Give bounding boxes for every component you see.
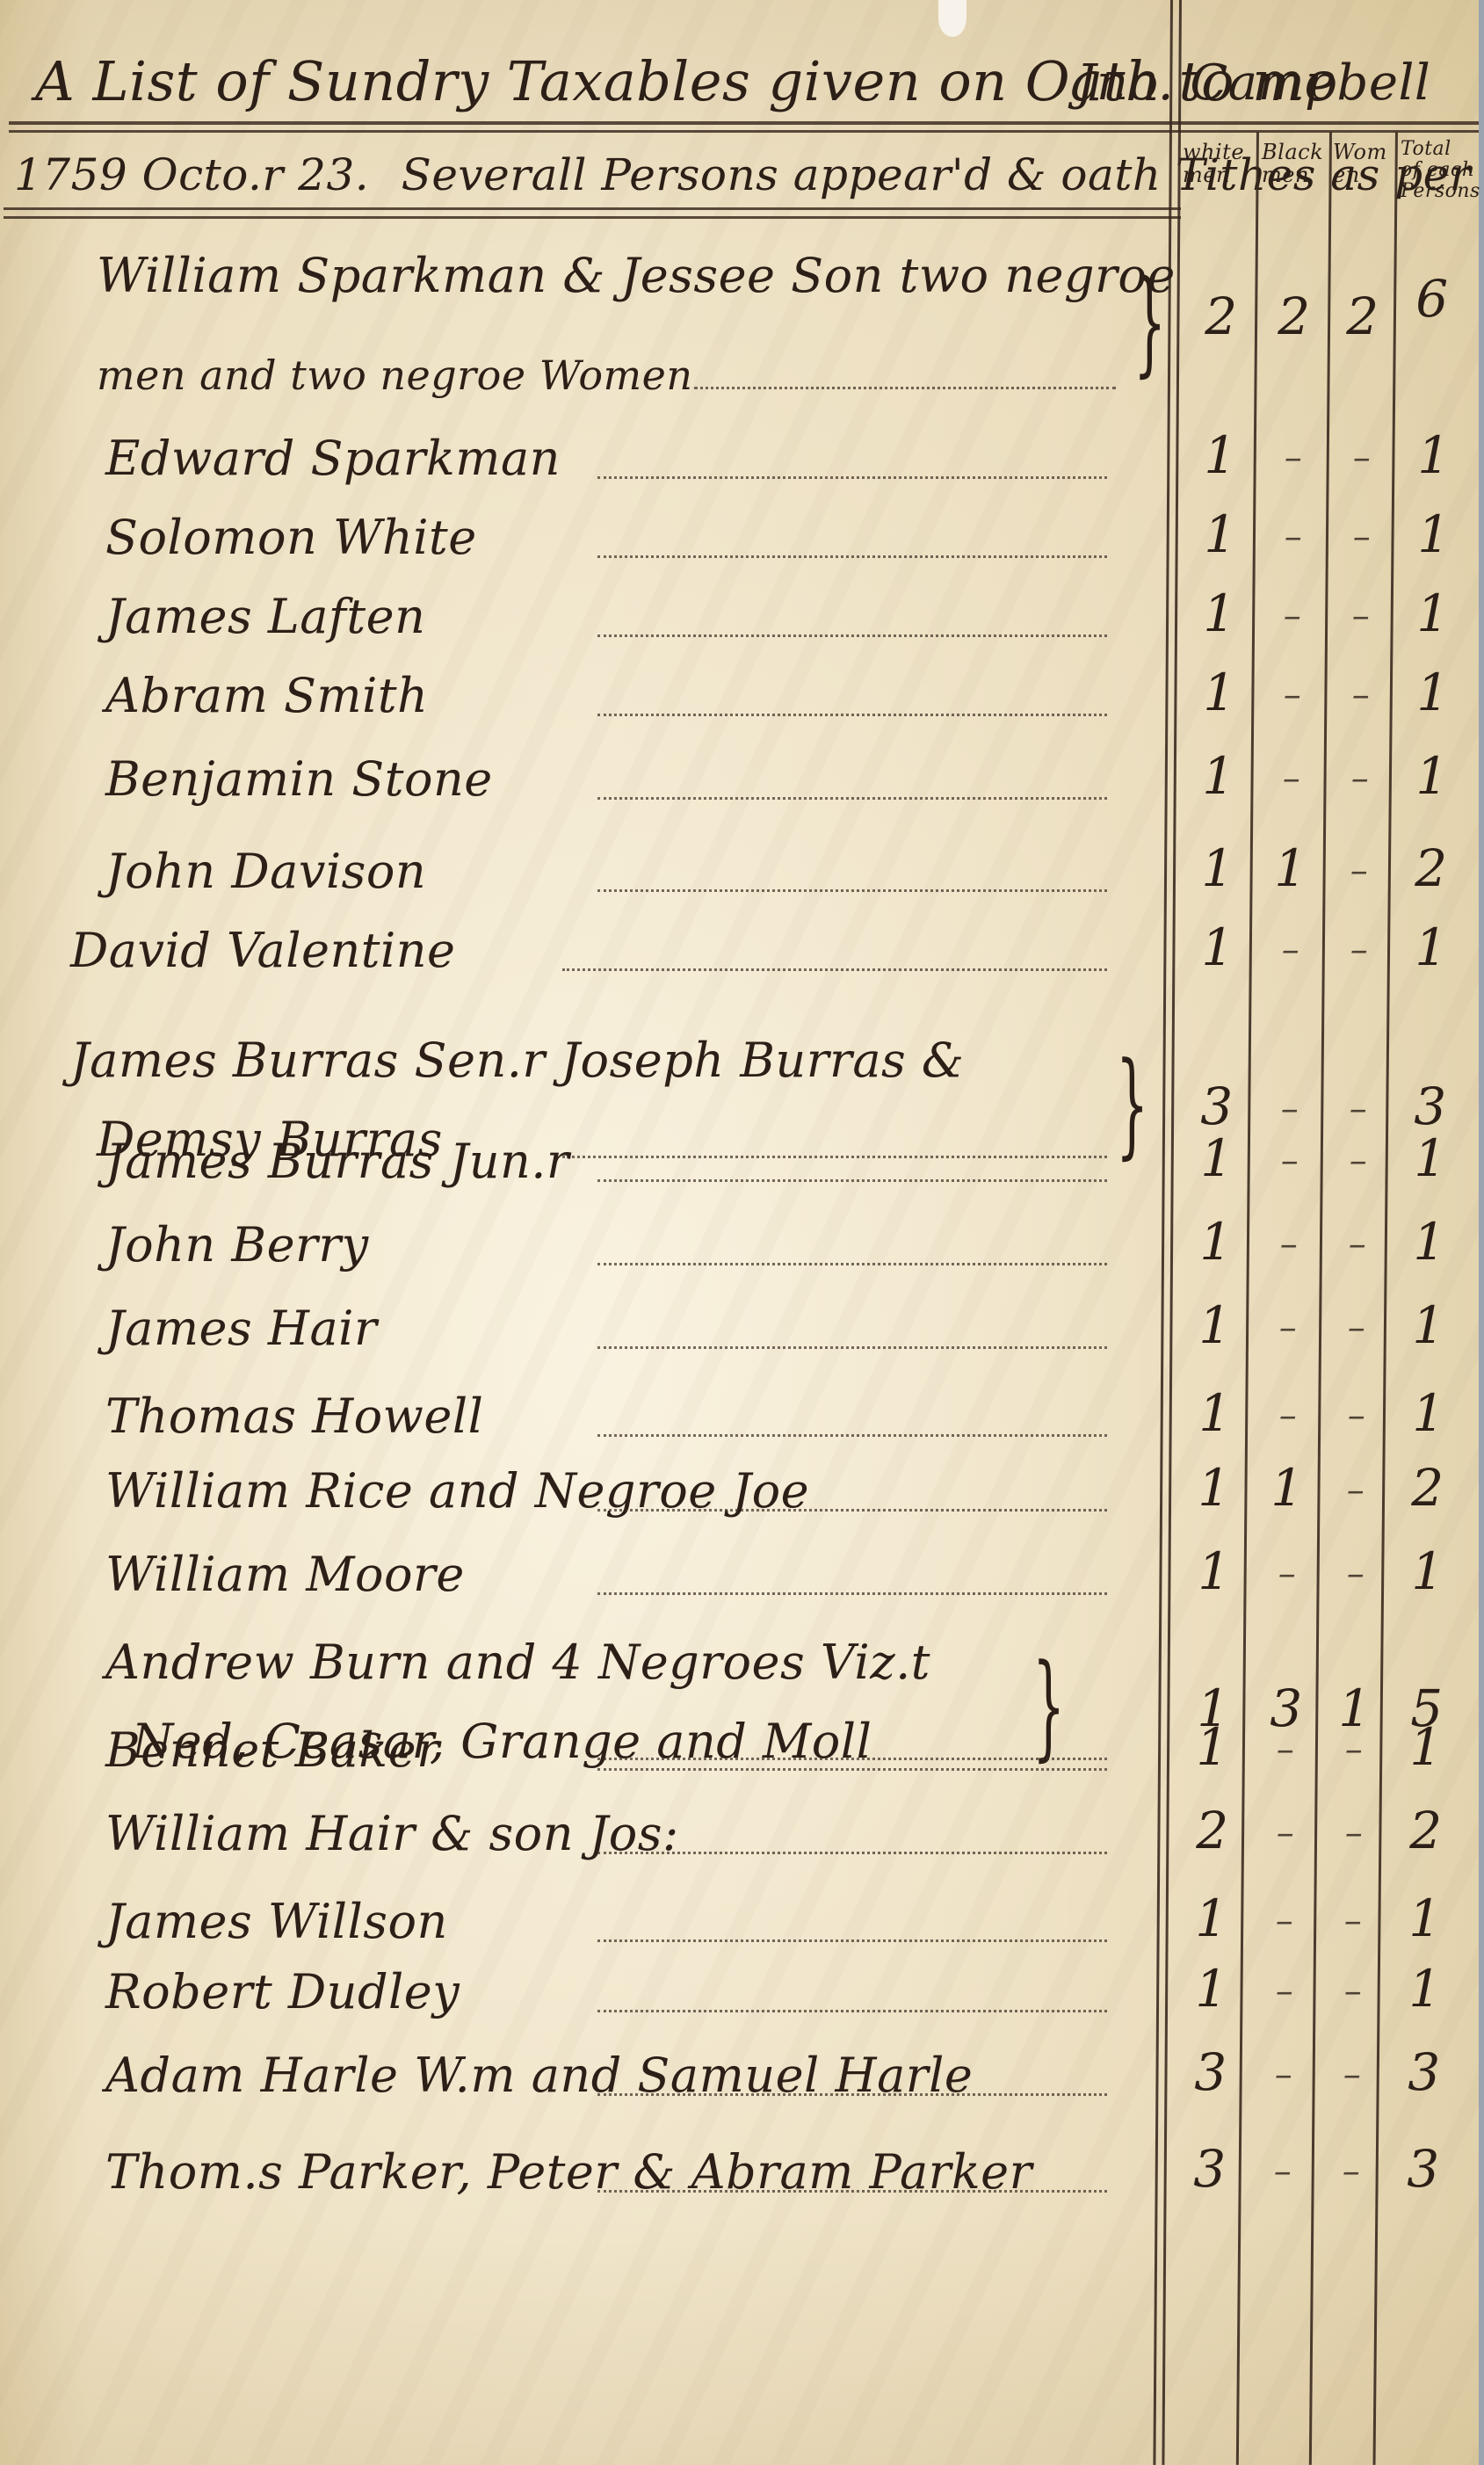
entry-name: Robert Dudley: [105, 1964, 460, 2019]
cell-women: 2: [1332, 286, 1394, 346]
cell-total: 1: [1399, 1212, 1460, 1272]
leader-line: [694, 387, 1116, 389]
cell-total: 1: [1398, 1383, 1459, 1443]
cell-women: –: [1328, 851, 1390, 891]
cell-total: 1: [1401, 917, 1462, 977]
column-header-line: men: [1262, 163, 1323, 186]
cell-women: –: [1328, 1141, 1389, 1181]
column-header-line: white: [1183, 141, 1244, 163]
entry-name: Solomon White: [105, 510, 477, 565]
cell-total: 1: [1398, 1295, 1459, 1355]
entry-name: James Burras Sen.r Joseph Burras &: [70, 1033, 964, 1088]
cell-white-men: 1: [1189, 663, 1250, 722]
bracket: }: [1032, 1639, 1065, 1773]
column-header-line: Persons: [1401, 181, 1480, 202]
cell-women: –: [1331, 438, 1393, 478]
cell-total: 2: [1397, 1458, 1459, 1518]
leader-line: [562, 968, 1107, 971]
entry-name: Bennet Baker: [105, 1722, 439, 1778]
cell-total: 1: [1401, 746, 1463, 806]
header-rule-top: [9, 121, 1479, 125]
leader-line: [597, 1939, 1107, 1942]
leader-line: [597, 1768, 1107, 1771]
cell-women: –: [1327, 1224, 1388, 1265]
entry-name-continued: men and two negroe Women: [97, 352, 693, 399]
entry-name: William Moore: [105, 1547, 465, 1602]
leader-line: [597, 555, 1107, 558]
entry-name: James Hair: [105, 1301, 377, 1356]
cell-women: –: [1323, 1813, 1385, 1853]
leader-line: [597, 634, 1107, 637]
entry-name: John Berry: [105, 1217, 369, 1272]
cell-white-men: 1: [1185, 1212, 1247, 1272]
entry-name: John Davison: [105, 844, 426, 899]
cell-black-men: –: [1263, 438, 1324, 478]
column-header-line: Wom: [1333, 141, 1387, 163]
cell-black-men: –: [1259, 1141, 1321, 1181]
bracket: }: [1133, 255, 1166, 388]
cell-women: –: [1330, 596, 1392, 636]
leader-line: [597, 2010, 1107, 2012]
cell-total: 1: [1400, 1128, 1461, 1188]
cell-black-men: –: [1254, 1901, 1315, 1941]
leader-line: [597, 2190, 1107, 2193]
entry-name: David Valentine: [70, 923, 455, 978]
cell-women: –: [1328, 1089, 1389, 1129]
cell-women: –: [1325, 1554, 1386, 1594]
cell-black-men: –: [1262, 675, 1323, 715]
cell-white-men: 1: [1184, 1295, 1246, 1355]
cell-white-men: 1: [1184, 1383, 1246, 1443]
leader-line: [597, 1852, 1107, 1854]
cell-black-men: –: [1260, 930, 1321, 970]
cell-white-men: 2: [1191, 286, 1252, 346]
cell-white-men: 1: [1190, 425, 1251, 485]
leader-line: [597, 1179, 1107, 1182]
leader-line: [597, 1263, 1107, 1265]
cell-white-men: 3: [1180, 2042, 1241, 2102]
cell-white-men: 3: [1179, 2139, 1241, 2199]
column-header-line: of each: [1401, 160, 1480, 181]
cell-black-men: –: [1254, 1971, 1315, 2012]
cell-white-men: 1: [1190, 504, 1251, 564]
cell-total: 2: [1401, 838, 1462, 898]
cell-white-men: 1: [1187, 917, 1249, 977]
leader-line: [597, 1758, 1107, 1760]
column-header-total: Total of each Persons: [1401, 139, 1480, 202]
column-header-line: Black: [1262, 141, 1323, 163]
cell-white-men: 1: [1186, 1128, 1248, 1188]
column-header-women: Wom en: [1333, 141, 1387, 186]
cell-white-men: 1: [1182, 1717, 1243, 1777]
leader-line: [597, 1346, 1107, 1349]
cell-white-men: 1: [1187, 838, 1249, 898]
leader-line: [562, 1156, 1107, 1158]
cell-total: 1: [1402, 584, 1464, 643]
signature: Jno. Campbell: [1076, 54, 1430, 112]
cell-white-men: 1: [1188, 746, 1249, 806]
entry-name: James Burras Jun.r: [105, 1134, 569, 1189]
cell-total: 3: [1400, 1077, 1461, 1136]
intro-rule-bottom: [4, 216, 1181, 219]
column-header-white-men: white men: [1183, 141, 1244, 186]
cell-white-men: 3: [1186, 1077, 1248, 1136]
leader-line: [597, 2093, 1107, 2096]
cell-women: –: [1322, 1971, 1384, 2012]
cell-black-men: –: [1262, 596, 1323, 636]
cell-black-men: 1: [1256, 1458, 1318, 1518]
entry-name: William Hair & son Jos:: [105, 1806, 679, 1861]
cell-total: 1: [1395, 1717, 1457, 1777]
cell-black-men: –: [1255, 1813, 1316, 1853]
leader-line: [597, 1434, 1107, 1437]
intro-rule-top: [4, 207, 1181, 210]
entry-name: Benjamin Stone: [105, 751, 493, 807]
cell-women: –: [1330, 675, 1392, 715]
leader-line: [597, 714, 1107, 716]
cell-black-men: –: [1257, 1308, 1319, 1348]
cell-total: 3: [1393, 2139, 1454, 2199]
cell-black-men: –: [1252, 2151, 1314, 2192]
column-header-black-men: Black men: [1262, 141, 1323, 186]
column-header-line: men: [1183, 163, 1244, 186]
bracket: }: [1116, 1037, 1148, 1171]
cell-white-men: 1: [1181, 1959, 1242, 2019]
cell-black-men: 2: [1263, 286, 1325, 346]
cell-black-men: –: [1263, 517, 1324, 557]
cell-black-men: –: [1255, 1729, 1316, 1770]
cell-women: –: [1325, 1470, 1386, 1511]
cell-women: –: [1326, 1396, 1387, 1436]
entry-name: James Willson: [105, 1894, 448, 1949]
entry-name: James Laften: [105, 589, 425, 644]
entry-name: Edward Sparkman: [105, 431, 561, 486]
cell-total: 1: [1394, 1889, 1456, 1948]
cell-black-men: –: [1257, 1396, 1319, 1436]
cell-total: 6: [1401, 269, 1463, 329]
cell-black-men: 1: [1260, 838, 1321, 898]
paper-tear: [938, 0, 966, 37]
column-header-line: Total: [1401, 139, 1480, 160]
cell-total: 3: [1394, 2042, 1455, 2102]
cell-women: –: [1323, 1729, 1385, 1770]
cell-total: 1: [1402, 663, 1464, 722]
page-edge: [1479, 0, 1484, 2465]
cell-white-men: 1: [1184, 1458, 1245, 1518]
cell-women: –: [1329, 758, 1391, 799]
leader-line: [597, 476, 1107, 479]
entry-name: Thomas Howell: [105, 1388, 483, 1444]
cell-total: 1: [1397, 1541, 1459, 1601]
entry-name: Abram Smith: [105, 668, 428, 723]
cell-black-men: –: [1253, 2055, 1314, 2095]
cell-total: 1: [1394, 1959, 1456, 2019]
leader-line: [597, 1509, 1107, 1512]
leader-line: [597, 1592, 1107, 1595]
cell-black-men: –: [1258, 1224, 1320, 1265]
leader-line: [597, 797, 1107, 800]
cell-black-men: –: [1261, 758, 1322, 799]
entry-name: William Sparkman & Jessee Son two negroe: [97, 248, 1176, 303]
cell-women: –: [1322, 1901, 1384, 1941]
cell-women: –: [1328, 930, 1390, 970]
cell-white-men: 1: [1184, 1541, 1245, 1601]
date: 1759 Octo.r 23.: [14, 149, 369, 200]
cell-total: 1: [1403, 425, 1465, 485]
cell-black-men: –: [1259, 1089, 1321, 1129]
cell-women: –: [1321, 2055, 1383, 2095]
cell-women: –: [1321, 2151, 1382, 2192]
cell-black-men: –: [1256, 1554, 1318, 1594]
cell-white-men: 2: [1182, 1801, 1243, 1860]
cell-white-men: 1: [1189, 584, 1250, 643]
column-header-line: en: [1333, 163, 1387, 186]
entry-name: Andrew Burn and 4 Negroes Viz.t: [105, 1635, 930, 1690]
cell-women: –: [1331, 517, 1393, 557]
leader-line: [597, 889, 1107, 892]
cell-total: 1: [1403, 504, 1465, 564]
cell-women: –: [1326, 1308, 1387, 1348]
cell-white-men: 1: [1181, 1889, 1242, 1948]
cell-total: 2: [1395, 1801, 1457, 1860]
